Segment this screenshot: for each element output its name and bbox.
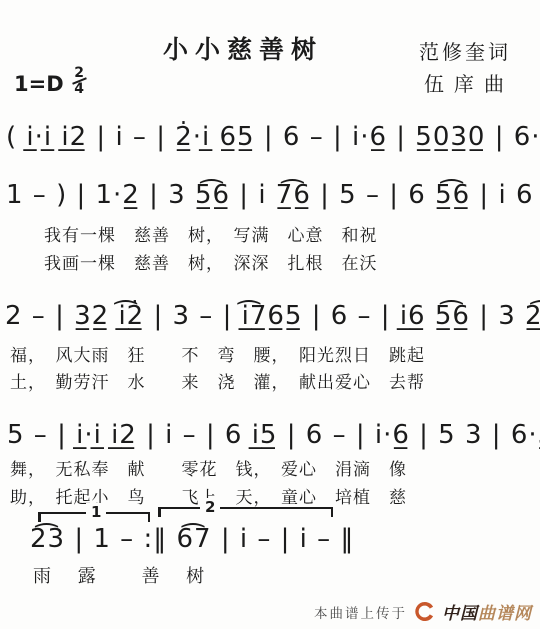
volta-1-label: 1 xyxy=(86,503,106,521)
key-signature-text: 1=D xyxy=(14,72,64,96)
site-footer: 本曲谱上传于 中国曲谱网 xyxy=(314,599,532,624)
song-title: 小小慈善树 xyxy=(163,30,323,66)
uploader-text: 本曲谱上传于 xyxy=(314,602,407,622)
volta-2-left-tick xyxy=(158,507,161,517)
lyricist-credit: 范修奎词 xyxy=(419,36,511,65)
site-name-primary: 中国 xyxy=(442,604,478,624)
composer-credit: 伍庠曲 xyxy=(424,68,514,97)
volta-2-bracket: 2 xyxy=(158,507,333,521)
lyrics-line-4-verse-1: 舞， 无私奉 献 零花 钱， 爱心 涓滴 像 xyxy=(10,455,407,480)
site-name-secondary: 曲谱网 xyxy=(478,604,532,624)
lyrics-line-2-verse-1: 我有一棵 慈善 树， 写满 心意 和祝 xyxy=(44,221,378,246)
notation-line-2: 1 – ) | 1·2̲ | 3 5̲͡6̲ | i 7̲͡6̲ | 5 – |… xyxy=(6,180,540,210)
lyrics-line-3-verse-2: 土， 勤劳汗 水 来 浇 灌， 献出爱心 去帮 xyxy=(10,368,425,393)
time-signature-numerator: 2 xyxy=(74,67,84,79)
lyrics-line-2-verse-2: 我画一棵 慈善 树， 深深 扎根 在沃 xyxy=(44,249,378,274)
notation-line-1: ( i̲·i̲ i̲2̲ | i – | 2̲̇·i̲ 6̲5̲ | 6 – |… xyxy=(6,122,540,152)
final-lyrics-line: 雨 露 善 树 xyxy=(33,562,205,588)
site-name: 中国曲谱网 xyxy=(442,599,532,624)
lyrics-line-3-verse-1: 福， 风大雨 狂 不 弯 腰， 阳光烈日 跳起 xyxy=(10,341,425,366)
volta-1-right-tick xyxy=(148,512,151,522)
notation-line-4: 5 – | i̲·i̲ i̲2̲ | i – | 6 i̲5̲ | 6 – | … xyxy=(7,420,540,450)
sheet-music-page: 小小慈善树 范修奎词 伍庠曲 1=D 2 4 ( i̲·i̲ i̲2̲ | i … xyxy=(0,0,540,629)
volta-1-left-tick xyxy=(38,512,41,522)
key-signature: 1=D 2 4 xyxy=(14,70,87,98)
volta-2-label: 2 xyxy=(200,498,220,516)
time-signature-denominator: 4 xyxy=(74,83,84,95)
volta-2-right-tick xyxy=(331,507,334,517)
time-signature: 2 4 xyxy=(72,67,87,95)
notation-line-3: 2 – | 3̲2̲ i̲͡2̲̇ | 3 – | i̲͡7̲6̲5̲ | 6 … xyxy=(5,301,540,331)
final-notation-line: 2͡3 | 1 – :‖ 6͡7 | i – | i – ‖ xyxy=(30,524,354,554)
site-logo-icon xyxy=(414,601,435,622)
